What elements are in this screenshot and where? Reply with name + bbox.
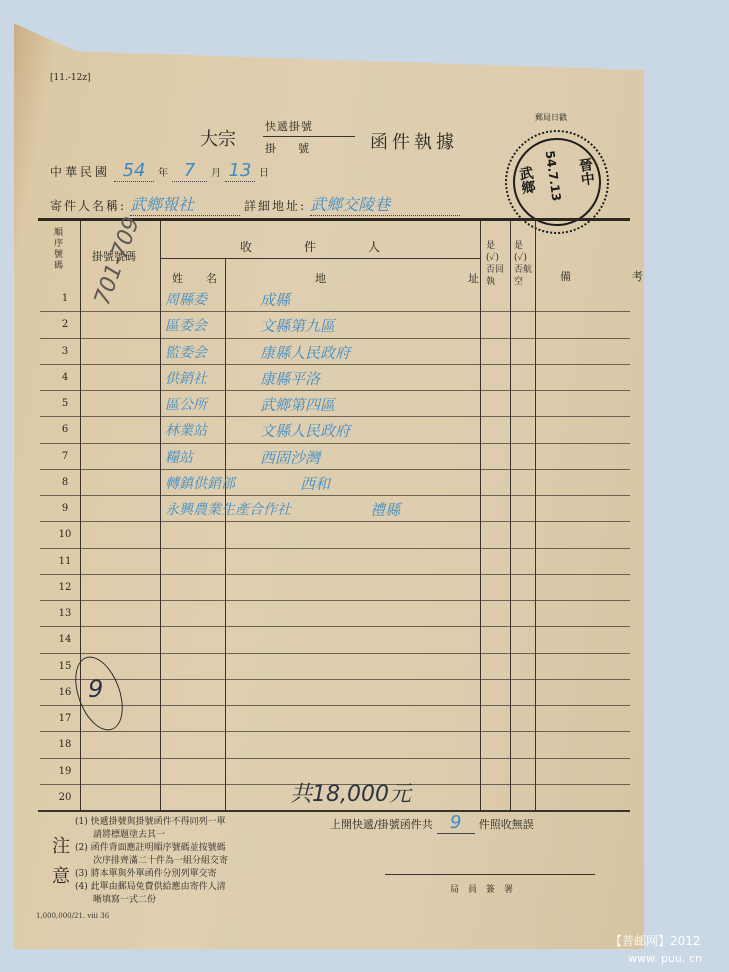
total-amount: 共18,000元 — [290, 777, 411, 808]
circled-number: 9 — [88, 675, 103, 703]
title-type-bottom: 掛 號 — [265, 140, 309, 156]
row-number: 3 — [50, 346, 80, 357]
recipient-name: 區委会 — [165, 315, 207, 335]
recipient-name: 永興農業生產合作社 — [165, 499, 291, 519]
row-divider — [40, 653, 630, 654]
recipient-address: 武鄉第四區 — [260, 394, 335, 415]
note-item: 晰填寫一式二份 — [75, 894, 228, 907]
recipient-address: 成縣 — [260, 289, 290, 310]
sender-address: 武鄉交陵巷 — [310, 192, 460, 216]
header-recipient: 收 件 人 — [240, 238, 400, 255]
date-day: 13 — [225, 160, 255, 182]
recipient-name: 周縣委 — [165, 289, 207, 309]
recipient-name: 區公所 — [165, 394, 207, 414]
title-type-top: 快遞掛號 — [265, 118, 313, 134]
note-item: (2) 函件背面應註明順序號碼並按號碼 — [75, 842, 228, 855]
row-divider — [40, 679, 630, 680]
note-item: (4) 此單由郵局免費供給應由寄件人清 — [75, 881, 228, 894]
row-number: 4 — [50, 372, 80, 383]
header-airmail: 是(✓)否航空 — [514, 240, 534, 288]
receipt-line: 上開快遞/掛號函件共 9 件照收無誤 — [330, 812, 534, 834]
header-name: 姓 名 — [172, 270, 223, 286]
row-number: 11 — [50, 556, 80, 567]
row-number: 2 — [50, 319, 80, 330]
row-divider — [40, 600, 630, 601]
postmark-label: 郵局日戳 — [535, 112, 567, 123]
row-divider — [40, 469, 630, 470]
note-item: 請將標題塗去其一 — [75, 829, 228, 842]
recipient-address: 文縣第九區 — [260, 315, 335, 336]
header-return-receipt: 是(✓)否回執 — [486, 240, 506, 288]
row-divider — [40, 338, 630, 339]
row-divider — [40, 443, 630, 444]
row-divider — [40, 548, 630, 549]
row-divider — [40, 731, 630, 732]
row-number: 13 — [50, 608, 80, 619]
row-number: 18 — [50, 739, 80, 750]
row-divider — [40, 705, 630, 706]
header-remarks: 備 考 — [560, 268, 668, 284]
row-number: 6 — [50, 424, 80, 435]
row-divider — [40, 574, 630, 575]
row-divider — [40, 758, 630, 759]
recipient-name: 糧站 — [165, 447, 193, 467]
print-code: 1,000,000/21. viii 36 — [36, 912, 109, 920]
header-seq: 順序號碼 — [54, 228, 68, 272]
recipient-name: 轉鎮供銷部 — [165, 473, 235, 493]
recipient-address: 康縣平洛 — [260, 368, 320, 389]
row-divider — [40, 810, 630, 811]
notes-list: (1) 快遞掛號與掛號函件不得同列一單 請將標題塗去其一 (2) 函件背面應註明… — [75, 816, 228, 907]
receipt-count: 9 — [437, 812, 475, 834]
recipient-address: 康縣人民政府 — [260, 342, 350, 363]
date-month: 7 — [172, 160, 207, 182]
note-item: (1) 快遞掛號與掛號函件不得同列一單 — [75, 816, 228, 829]
sender-name: 武鄉報社 — [130, 192, 240, 216]
recipient-address: 禮縣 — [370, 499, 400, 520]
notes-label-1: 注 — [52, 832, 70, 858]
notes-label-2: 意 — [52, 862, 70, 888]
form-code: [11.-12z] — [50, 73, 91, 83]
sender-row: 寄件人名稱: 武鄉報社 詳細地址: 武鄉交陵巷 — [50, 192, 460, 216]
row-number: 1 — [50, 293, 80, 304]
row-divider — [40, 416, 630, 417]
title-left: 大宗 — [200, 125, 236, 151]
recipient-name: 供銷社 — [165, 368, 207, 388]
row-number: 17 — [50, 713, 80, 724]
watermark-url: www. puu. cn — [628, 952, 702, 965]
row-number: 9 — [50, 503, 80, 514]
title-right: 函件執據 — [370, 128, 458, 154]
row-number: 19 — [50, 766, 80, 777]
note-item: (3) 將本單與外單函件分別列單交寄 — [75, 868, 228, 881]
row-divider — [40, 626, 630, 627]
row-divider — [40, 311, 630, 312]
note-item: 次序排齊滿二十件為一組分組交寄 — [75, 855, 228, 868]
row-divider — [40, 390, 630, 391]
row-divider — [40, 495, 630, 496]
row-divider — [40, 521, 630, 522]
recipient-name: 監委会 — [165, 342, 207, 362]
signature-label: 局 員 簽 署 — [450, 882, 513, 895]
recipient-address: 西和 — [300, 473, 330, 494]
row-number: 8 — [50, 477, 80, 488]
row-number: 5 — [50, 398, 80, 409]
recipient-name: 林業站 — [165, 420, 207, 440]
row-number: 20 — [50, 792, 80, 803]
watermark-title: 【普邮网】2012 — [610, 932, 701, 949]
row-number: 14 — [50, 634, 80, 645]
date-year: 54 — [114, 160, 154, 182]
row-number: 7 — [50, 451, 80, 462]
recipient-address: 文縣人民政府 — [260, 420, 350, 441]
row-number: 12 — [50, 582, 80, 593]
row-divider — [40, 364, 630, 365]
recipient-address: 西固沙灣 — [260, 447, 320, 468]
row-number: 10 — [50, 529, 80, 540]
date-row: 中華民國 54 年 7 月 13 日 — [50, 160, 269, 182]
